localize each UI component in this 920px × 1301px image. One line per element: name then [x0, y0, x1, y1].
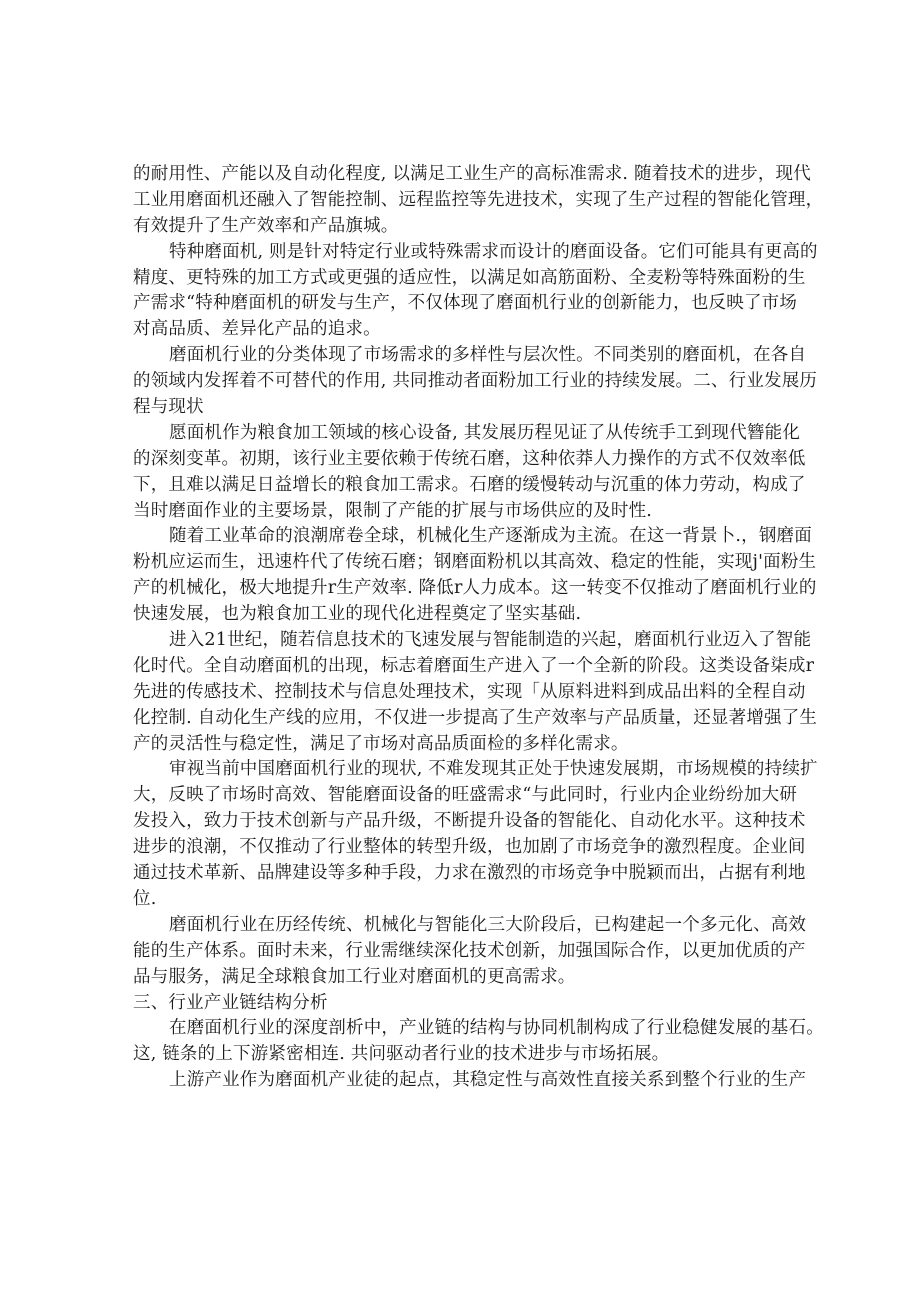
text-line: 的领域内发挥着不可替代的作用, 共同推动者面粉加工行业的持续发展。二、行业发展历	[133, 369, 788, 395]
text-line: 发投入，致力于技术创新与产品升级，不断提升设备的智能化、自动化水平。这种技术	[133, 809, 788, 835]
text-line: 能的生产体系。面时未来，行业需继续深化技术创新，加强国际合作，以更加优质的产	[133, 939, 788, 965]
text-line: 的耐用性、产能以及自动化程度, 以满足工业生产的高标准需求. 随着技术的进步，现…	[133, 162, 788, 188]
paragraph-first-line: 愿面机作为粮食加工领域的核心设备, 其发展历程见证了从传统手工到现代簪能化	[133, 421, 788, 447]
document-page: 的耐用性、产能以及自动化程度, 以满足工业生产的高标准需求. 随着技术的进步，现…	[0, 0, 920, 1301]
section-heading: 三、行业产业链结构分析	[133, 991, 788, 1017]
paragraph-first-line: 进入21世纪，随若信息技术的飞速发展与智能制造的兴起，磨面机行业迈入了智能	[133, 628, 788, 654]
paragraph-first-line: 上游产业作为磨面机产业徒的起点，其稳定性与高效性直接关系到整个行业的生产	[133, 1068, 788, 1094]
text-line: 位.	[133, 887, 788, 913]
paragraph-first-line: 特种磨面机, 则是针对特定行业或特殊需求而设计的磨面设备。它们可能具有更高的	[133, 240, 788, 266]
text-line: 通过技术革新、品牌建设等多种手段，力求在激烈的市场竞争中脱颖而出，占据有利地	[133, 861, 788, 887]
text-line: 化控制. 自动化生产线的应用，不仅进一步提高了生产效率与产品质量，还显著增强了生	[133, 706, 788, 732]
document-body: 的耐用性、产能以及自动化程度, 以满足工业生产的高标准需求. 随着技术的进步，现…	[133, 162, 788, 1094]
text-line: 大，反映了市场时高效、智能磨面设备的旺盛需求“与此同时，行业内企业纷纷加大研	[133, 783, 788, 809]
paragraph-first-line: 审视当前中国磨面机行业的现状, 不难发现其正处于快速发展期，市场规模的持续扩	[133, 757, 788, 783]
paragraph-first-line: 在磨面机行业的深度剖析中，产业链的结构与协同机制构成了行业稳健发展的基石。	[133, 1016, 788, 1042]
text-line: 先进的传感技术、控制技术与信息处理技术，实现「从原料进料到成品出料的全程自动	[133, 680, 788, 706]
text-line: 精度、更特殊的加工方式或更强的适应性，以满足如高筋面粉、全麦粉等特殊面粉的生	[133, 266, 788, 292]
text-line: 下，且难以满足日益增长的粮食加工需求。石磨的缓慢转动与沉重的体力劳动，构成了	[133, 473, 788, 499]
paragraph-first-line: 磨面机行业的分类体现了市场需求的多样性与层次性。不同类别的磨面机，在各自	[133, 343, 788, 369]
paragraph-first-line: 随着工业革命的浪潮席卷全球，机械化生产逐渐成为主流。在这一背景卜.，钢磨面	[133, 524, 788, 550]
text-line: 工业用磨面机还融入了智能控制、远程监控等先进技术，实现了生产过程的智能化管理，	[133, 188, 788, 214]
text-line: 对高品质、差异化产品的追求。	[133, 317, 788, 343]
text-line: 有效提升了生产效率和产品旗城。	[133, 214, 788, 240]
text-line: 当时磨面作业的主要场景，限制了产能的扩展与市场供应的及时性.	[133, 499, 788, 525]
text-line: 品与服务，满足全球粮食加工行业对磨面机的更高需求。	[133, 965, 788, 991]
paragraph-first-line: 磨面机行业在历经传统、机械化与智能化三大阶段后，已构建起一个多元化、高效	[133, 913, 788, 939]
text-line: 程与现状	[133, 395, 788, 421]
text-line: 进步的浪潮，不仅推动了行业整体的转型升级，也加剧了市场竞争的激烈程度。企业间	[133, 835, 788, 861]
text-line: 的深刻变革。初期，该行业主要依赖于传统石磨，这种依莽人力操作的方式不仅效率低	[133, 447, 788, 473]
text-line: 产的机械化，极大地提升r生产效率. 降低r人力成本。这一转变不仅推动了磨面机行业…	[133, 576, 788, 602]
text-line: 快速发展，也为粮食加工业的现代化进程奠定了坚实基础.	[133, 602, 788, 628]
text-line: 化时代。全自动磨面机的出现，标志着磨面生产进入了一个全新的阶段。这类设备柒成r	[133, 654, 788, 680]
text-line: 粉机应运而生，迅速杵代了传统石磨；钢磨面粉机以其高效、稳定的性能，实现j'面粉生	[133, 550, 788, 576]
text-line: 产需求“特种磨面机的研发与生产，不仅体现了磨面机行业的创新能力，也反映了市场	[133, 291, 788, 317]
text-line: 产的灵活性与稳定性，满足了市场对高品质面检的多样化需求。	[133, 732, 788, 758]
text-line: 这, 链条的上下游紧密相连. 共问驱动者行业的技术进步与市场拓展。	[133, 1042, 788, 1068]
